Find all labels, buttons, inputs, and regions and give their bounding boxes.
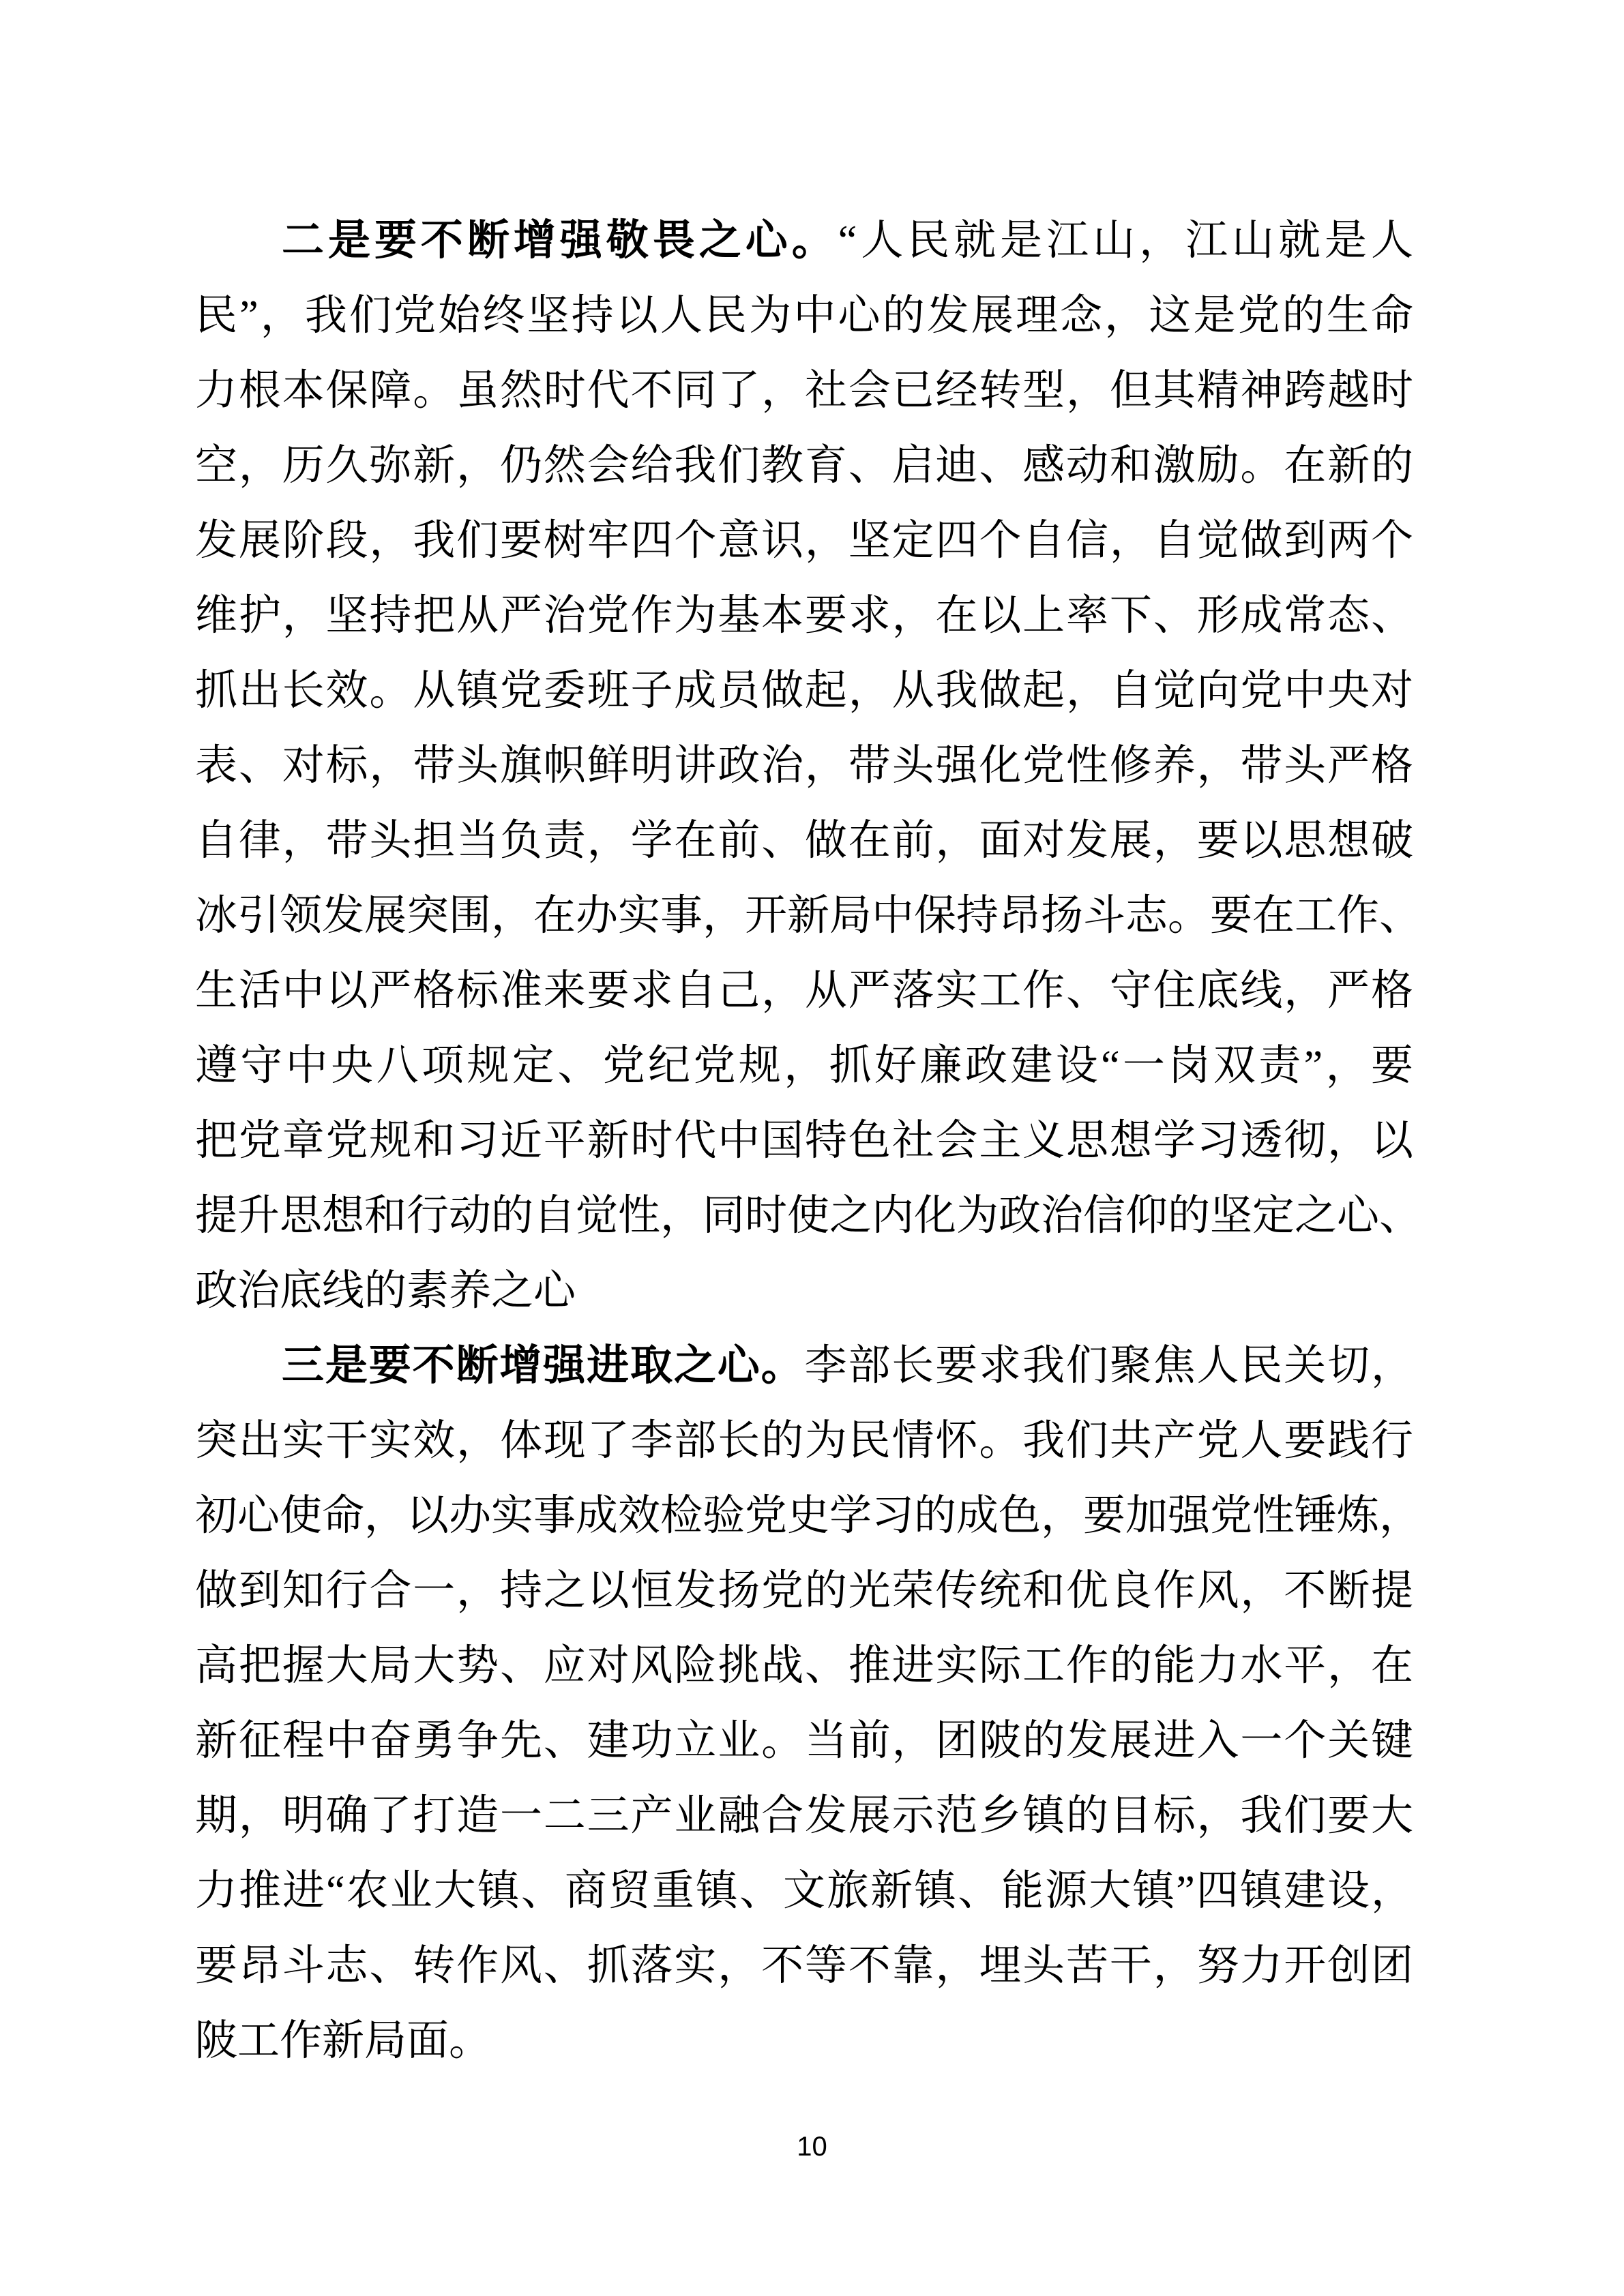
- text-line: 三是要不断增强进取之心。李部长要求我们聚焦人民关切，: [195, 1328, 1413, 1403]
- paragraph-heading: 二是要不断增强敬畏之心。: [282, 217, 838, 264]
- text-line: 高把握大局大势、应对风险挑战、推进实际工作的能力水平，在: [195, 1628, 1413, 1703]
- text-line: 力根本保障。虽然时代不同了，社会已经转型，但其精神跨越时: [195, 353, 1413, 428]
- text-line: 发展阶段，我们要树牢四个意识，坚定四个自信，自觉做到两个: [195, 503, 1413, 578]
- heading-line-rest: 李部长要求我们聚焦人民关切，: [805, 1343, 1413, 1389]
- text-line: 自律，带头担当负责，学在前、做在前，面对发展，要以思想破: [195, 803, 1413, 878]
- text-block: 二是要不断增强敬畏之心。“人民就是江山，江山就是人民”，我们党始终坚持以人民为中…: [195, 203, 1413, 2078]
- text-line: 做到知行合一，持之以恒发扬党的光荣传统和优良作风，不断提: [195, 1553, 1413, 1628]
- text-line: 表、对标，带头旗帜鲜明讲政治，带头强化党性修养，带头严格: [195, 728, 1413, 803]
- text-line: 新征程中奋勇争先、建功立业。当前，团陂的发展进入一个关键: [195, 1703, 1413, 1778]
- paragraph-heading: 三是要不断增强进取之心。: [282, 1342, 805, 1389]
- text-line: 要昂斗志、转作风、抓落实，不等不靠，埋头苦干，努力开创团: [195, 1928, 1413, 2003]
- page-number: 10: [0, 2126, 1624, 2167]
- text-line: 空，历久弥新，仍然会给我们教育、启迪、感动和激励。在新的: [195, 428, 1413, 503]
- text-line: 初心使命，以办实事成效检验党史学习的成色，要加强党性锤炼，: [195, 1478, 1413, 1553]
- text-line: 把党章党规和习近平新时代中国特色社会主义思想学习透彻，以: [195, 1103, 1413, 1178]
- text-line: 遵守中央八项规定、党纪党规，抓好廉政建设“一岗双责”，要: [195, 1028, 1413, 1103]
- document-page: { "page": { "number": "10" }, "document"…: [0, 0, 1624, 2296]
- text-line: 提升思想和行动的自觉性，同时使之内化为政治信仰的坚定之心、: [195, 1178, 1413, 1253]
- text-line: 力推进“农业大镇、商贸重镇、文旅新镇、能源大镇”四镇建设，: [195, 1853, 1413, 1928]
- text-line: 冰引领发展突围，在办实事，开新局中保持昂扬斗志。要在工作、: [195, 878, 1413, 953]
- text-line: 陂工作新局面。: [195, 2003, 1413, 2078]
- text-line: 维护，坚持把从严治党作为基本要求，在以上率下、形成常态、: [195, 578, 1413, 653]
- text-line: 民”，我们党始终坚持以人民为中心的发展理念，这是党的生命: [195, 278, 1413, 353]
- text-line: 二是要不断增强敬畏之心。“人民就是江山，江山就是人: [195, 203, 1413, 278]
- text-line: 生活中以严格标准来要求自己，从严落实工作、守住底线，严格: [195, 953, 1413, 1028]
- text-line: 政治底线的素养之心: [195, 1253, 1413, 1328]
- text-line: 抓出长效。从镇党委班子成员做起，从我做起，自觉向党中央对: [195, 653, 1413, 728]
- heading-line-rest: “人民就是江山，江山就是人: [838, 218, 1413, 264]
- text-line: 期，明确了打造一二三产业融合发展示范乡镇的目标，我们要大: [195, 1778, 1413, 1853]
- text-line: 突出实干实效，体现了李部长的为民情怀。我们共产党人要践行: [195, 1403, 1413, 1478]
